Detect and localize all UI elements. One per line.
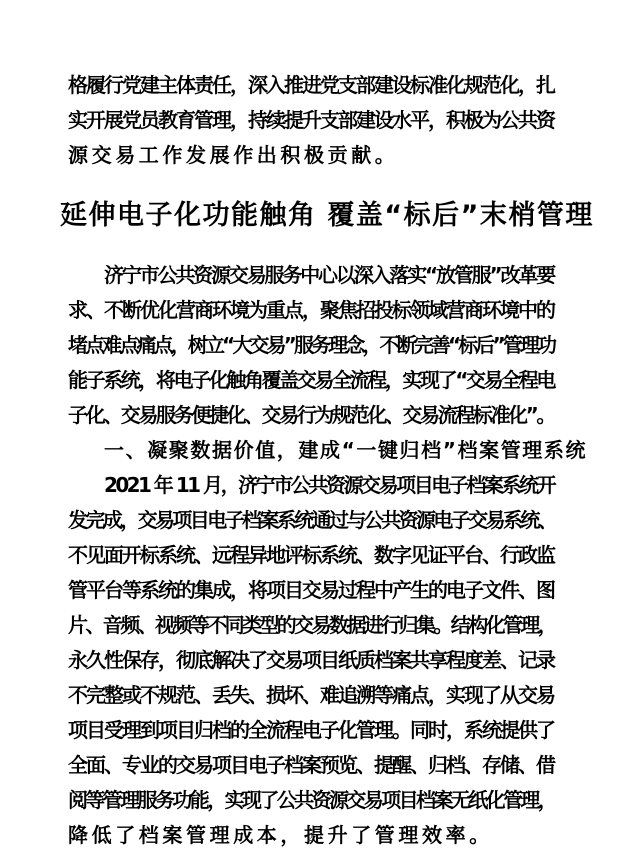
text-line: 格履行党建主体责任，深入推进党支部建设标准化规范化，扎 bbox=[68, 68, 554, 103]
text-line: 求、不断优化营商环境为重点，聚焦招投标领域营商环境中的 bbox=[68, 293, 554, 328]
text-line: 项目受理到项目归档的全流程电子化管理。同时，系统提供了 bbox=[68, 713, 554, 748]
text-line: 源交易工作发展作出积极贡献。 bbox=[68, 138, 554, 173]
section-heading: 一、凝聚数据价值，建成“一键归档”档案管理系统 bbox=[104, 433, 587, 468]
text-line: 不见面开标系统、远程异地评标系统、数字见证平台、行政监 bbox=[68, 538, 554, 573]
text-line: 管平台等系统的集成，将项目交易过程中产生的电子文件、图 bbox=[68, 573, 554, 608]
text-line: 全面、专业的交易项目电子档案预览、提醒、归档、存储、借 bbox=[68, 748, 554, 783]
paragraph-party-building: 格履行党建主体责任，深入推进党支部建设标准化规范化，扎 实开展党员教育管理，持续… bbox=[68, 68, 554, 173]
text-line: 子化、交易服务便捷化、交易行为规范化、交易流程标准化”。 bbox=[68, 398, 554, 433]
paragraph-archive-system: 2021 年 11 月，济宁市公共资源交易项目电子档案系统开 发完成，交易项目电… bbox=[68, 468, 554, 853]
text-line: 发完成，交易项目电子档案系统通过与公共资源电子交易系统、 bbox=[68, 503, 554, 538]
paragraph-intro: 济宁市公共资源交易服务中心以深入落实“放管服”改革要 求、不断优化营商环境为重点… bbox=[68, 258, 554, 433]
text-line: 片、音频、视频等不同类型的交易数据进行归集。结构化管理， bbox=[68, 608, 554, 643]
text-line: 2021 年 11 月，济宁市公共资源交易项目电子档案系统开 bbox=[68, 468, 554, 503]
text-line: 阅等管理服务功能，实现了公共资源交易项目档案无纸化管理， bbox=[68, 783, 554, 818]
text-line: 济宁市公共资源交易服务中心以深入落实“放管服”改革要 bbox=[68, 258, 554, 293]
text-line: 实开展党员教育管理，持续提升支部建设水平，积极为公共资 bbox=[68, 103, 554, 138]
document-page: 格履行党建主体责任，深入推进党支部建设标准化规范化，扎 实开展党员教育管理，持续… bbox=[0, 0, 621, 860]
text-line: 能子系统，将电子化触角覆盖交易全流程，实现了“交易全程电 bbox=[68, 363, 554, 398]
text-line: 堵点难点痛点，树立“大交易”服务理念，不断完善“标后”管理功 bbox=[68, 328, 554, 363]
article-heading: 延伸电子化功能触角 覆盖“标后”末梢管理 bbox=[60, 196, 561, 236]
text-line: 永久性保存，彻底解决了交易项目纸质档案共享程度差、记录 bbox=[68, 643, 554, 678]
page-number: 2 bbox=[0, 832, 621, 844]
text-line: 不完整或不规范、丢失、损坏、难追溯等痛点，实现了从交易 bbox=[68, 678, 554, 713]
